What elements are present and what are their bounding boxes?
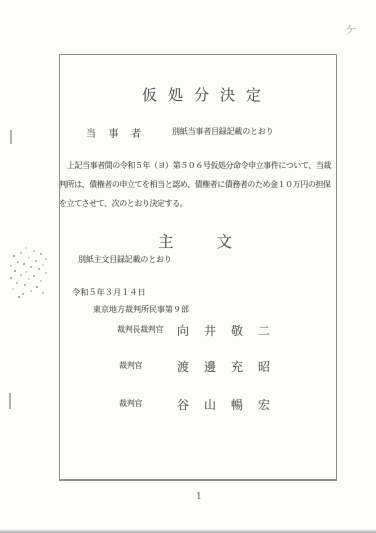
judge-name: 渡邊充昭 [177,358,285,375]
judge-name: 谷山暢宏 [177,396,285,413]
scan-noise-dot [40,253,42,255]
scan-noise-dot [13,255,15,257]
scan-noise-dot [10,265,12,267]
scan-noise-dot [35,260,37,262]
page-number: 1 [196,492,202,502]
document-title: 仮処分決定 [142,84,272,105]
scan-noise-dot [14,270,16,272]
body-paragraph-line: 上記当事者間の令和５年（ヨ）第５０６号仮処分命令申立事件について、当裁 [59,160,331,171]
scan-noise-dot [10,277,12,279]
scan-artifact-dash [10,130,12,144]
scan-noise-dot [23,263,25,265]
scan-noise-dot [42,292,44,294]
presiding-judge-name: 向井敬二 [177,322,285,339]
scan-noise-dot [33,250,35,252]
scan-noise-dot [24,284,26,286]
body-paragraph-line: を立てさせて、次のとおり決定する。 [59,198,187,209]
document-border-frame [59,54,337,481]
scan-noise-dot [40,280,42,282]
main-text-reference: 別紙主文目録記載のとおり [78,254,172,265]
body-paragraph-line: 判所は、債権者の申立てを相当と認め、債権者に債務者のため金１０万円の担保 [59,179,330,190]
presiding-judge-role: 裁判長裁判官 [117,324,163,335]
scan-noise-dot [18,296,20,298]
scan-noise-dot [28,257,30,259]
main-text-heading: 主文 [158,230,275,252]
judge-role: 裁判官 [119,360,142,371]
handwritten-pencil-mark: ケ [343,19,359,40]
judge-role: 裁判官 [119,398,142,409]
decision-date: 令和５年３月１４日 [72,287,146,298]
scan-noise-dot [16,282,18,284]
scan-noise-dot [28,278,30,280]
court-name: 東京地方裁判所民事第９部 [93,304,189,315]
scan-noise-dot [22,293,24,295]
scan-noise-dot [45,258,47,260]
scanned-court-document: { "doc": { "title": "仮処分決定", "parties_la… [0,0,376,533]
scan-noise-dot [30,266,32,268]
scan-noise-dot [36,286,38,288]
scan-noise-dot [17,261,19,263]
scan-artifact-dash [9,393,11,409]
scan-noise-dot [33,275,35,277]
scan-noise-dot [25,247,27,249]
parties-reference-text: 別紙当事者目録記載のとおり [172,126,273,137]
scan-edge-shadow [0,529,376,533]
scan-noise-dot [30,290,32,292]
scan-noise-dot [20,274,22,276]
scan-noise-dot [42,264,44,266]
parties-label: 当事者 [86,125,154,140]
scan-noise-dot [12,288,14,290]
scan-noise-dot [20,252,22,254]
scan-noise-dot [38,268,40,270]
scan-noise-dot [45,272,47,274]
scan-noise-dot [25,271,27,273]
